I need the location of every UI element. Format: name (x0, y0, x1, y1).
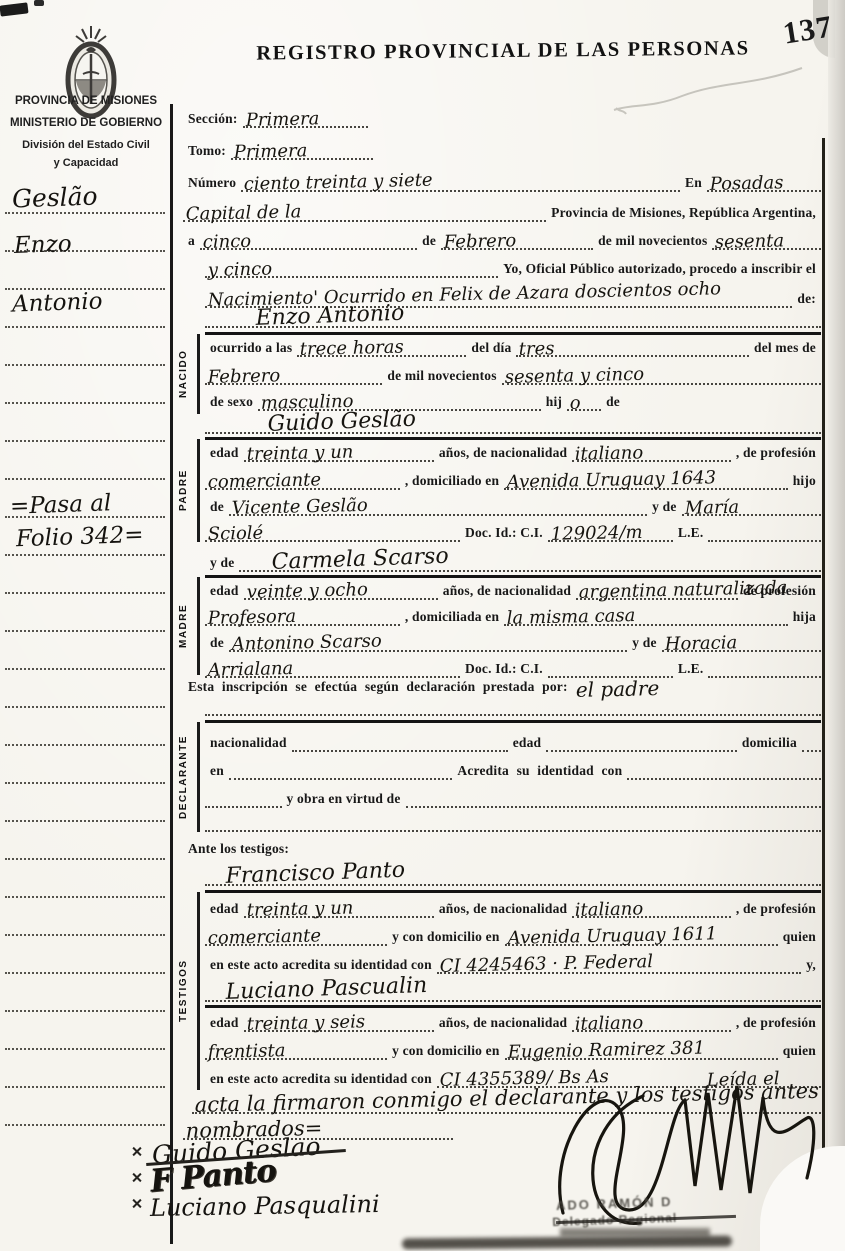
testigo2-nombre-row: Luciano Pascualin (205, 972, 821, 1002)
padre-abuelo: Vicente Geslão (229, 498, 371, 517)
mes-value: Febrero (205, 368, 284, 386)
domicilio-label: y con domicilio en (387, 1043, 504, 1060)
de-label: de (417, 233, 441, 250)
declarante-row-2: en Acredita su identidad con (205, 754, 821, 780)
padre-abuela-cont: Sciolé (205, 525, 267, 543)
dia-value: cinco (200, 234, 255, 251)
testigo1-edad: treinta y un (243, 900, 356, 919)
field-capital: Capital de la Provincia de Misiones, Rep… (183, 196, 821, 222)
en-label: En (680, 175, 707, 192)
domicilio-label: , domiciliada en (400, 609, 504, 626)
numero-value: ciento treinta y siete (241, 172, 436, 193)
padre-domicilio-row: comerciante , domiciliado en Avenida Uru… (205, 464, 821, 490)
section-label-madre: MADRE (172, 577, 195, 675)
madre-edad: veinte y ocho (243, 582, 370, 601)
letterhead-line: y Capacidad (0, 157, 172, 169)
testigo2-nombre: Luciano Pascualin (222, 976, 430, 1003)
page-number: 137 (780, 8, 835, 51)
ante-testigos-row: Ante los testigos: (183, 832, 403, 858)
obra-label: y obra en virtud de (282, 791, 406, 808)
tomo-value: Primera (231, 143, 311, 161)
letterhead-line: PROVINCIA DE MISIONES (0, 95, 172, 107)
seccion-label: Sección: (183, 111, 243, 128)
padre-ci: 129024/m (547, 525, 645, 543)
hora-value: trece horas (297, 339, 407, 358)
edad-label: edad (205, 901, 244, 918)
novecientos-label: de mil novecientos (382, 368, 501, 385)
signature-witness2: Luciano Pasqualini (150, 1190, 380, 1222)
edad-label: edad (508, 735, 547, 752)
testigo1-nacionalidad: italiano (572, 901, 647, 919)
a-label: a (183, 233, 200, 250)
nacido-mes-row: Febrero de mil novecientos sesenta y cin… (205, 359, 821, 385)
padre-edad-row: edad treinta y un años, de nacionalidad … (205, 436, 821, 462)
nacionalidad-label: años, de nacionalidad (438, 583, 576, 600)
document-page: REGISTRO PROVINCIAL DE LAS PERSONAS 137 … (0, 0, 845, 1251)
declaracion-row: Esta inscripción se efectúa según declar… (183, 670, 821, 696)
profesion-label: , de profesión (731, 1015, 821, 1032)
field-seccion: Sección: Primera (183, 102, 368, 128)
domicilio-label: , domiciliado en (400, 473, 504, 490)
nacionalidad-label: nacionalidad (205, 735, 292, 752)
dia-value: tres (516, 341, 558, 358)
padre-abuelos-row: de Vicente Geslão y de María (205, 490, 821, 516)
padre-edad: treinta y un (243, 444, 356, 463)
margin-folio-note-2: Folio 342= (16, 522, 144, 552)
pencil-scribble (612, 64, 807, 116)
pen-mark (131, 1172, 142, 1183)
madre-abuela: Horacia (661, 635, 740, 653)
novecientos-label: de mil novecientos (593, 233, 712, 250)
provincia-label: Provincia de Misiones, República Argenti… (546, 205, 821, 222)
padre-nacionalidad: italiano (572, 445, 647, 463)
doc-id-label: Doc. Id.: C.I. (460, 525, 548, 542)
dia-label: del día (466, 340, 516, 357)
testigo1-doc-row: en este acto acredita su identidad con C… (205, 948, 821, 974)
padre-doc-row: Sciolé Doc. Id.: C.I. 129024/m L.E. (205, 516, 821, 542)
padre-nombre-row: Guido Geslão (205, 404, 821, 434)
testigo2-edad-row: edad treinta y seis años, de nacionalida… (205, 1006, 821, 1032)
de-label: de (205, 499, 229, 516)
madre-domicilio: la misma casa (504, 608, 639, 627)
lugar-value: Posadas (707, 175, 787, 193)
hija-label: hija (788, 609, 821, 626)
section-rule (205, 714, 821, 716)
y-de-label: y de (205, 555, 239, 572)
section-label-declarante: DECLARANTE (172, 722, 195, 832)
hijo-label: hijo (788, 473, 821, 490)
madre-nombre-row: y de Carmela Scarso (205, 542, 821, 572)
testigo1-domicilio-row: comerciante y con domicilio en Avenida U… (205, 920, 821, 946)
section-label-nacido: NACIDO (172, 334, 195, 414)
margin-given-name-1: Enzo (14, 231, 72, 259)
scan-artifact (0, 2, 29, 16)
padre-nombre: Guido Geslão (264, 410, 419, 435)
y-de-label: y de (627, 635, 661, 652)
edad-label: edad (205, 1015, 244, 1032)
declarante-row-1: nacionalidad edad domicilia (205, 726, 821, 752)
ink-smear (402, 1236, 732, 1250)
nacionalidad-label: años, de nacionalidad (434, 1015, 572, 1032)
page-edge-shading (828, 0, 845, 1251)
ocurrido-label: ocurrido a las (205, 340, 297, 357)
domicilio-label: y con domicilio en (387, 929, 504, 946)
madre-abuelo: Antonino Scarso (229, 633, 385, 653)
capital-value: Capital de la (183, 204, 305, 223)
mes-value: Febrero (441, 233, 520, 251)
nacionalidad-label: años, de nacionalidad (434, 445, 572, 462)
testigo1-edad-row: edad treinta y un años, de nacionalidad … (205, 892, 821, 918)
nacionalidad-label: años, de nacionalidad (434, 901, 572, 918)
anio-value: sesenta (712, 233, 788, 251)
section-bar (197, 892, 200, 1090)
nacido-hora-row: ocurrido a las trece horas del día tres … (205, 331, 821, 357)
madre-nombre: Carmela Scarso (269, 547, 453, 573)
page-title: REGISTRO PROVINCIAL DE LAS PERSONAS (238, 37, 768, 66)
section-bar (197, 722, 200, 832)
margin-folio-note-1: =Pasa al (10, 490, 112, 520)
profesion-label: , de profesión (731, 445, 821, 462)
testigo1-nombre: Francisco Panto (222, 861, 408, 887)
field-numero: Número ciento treinta y siete En Posadas (183, 166, 821, 192)
letterhead-line: MINISTERIO DE GOBIERNO (0, 117, 172, 129)
margin-given-name-2: Antonio (12, 288, 103, 317)
de-label: de (205, 635, 229, 652)
testigo1-domicilio: Avenida Uruguay 1611 (504, 926, 720, 947)
page-edge-line (822, 138, 825, 1251)
domicilia-label: domicilia (737, 735, 802, 752)
field-tomo: Tomo: Primera (183, 134, 373, 160)
seccion-value: Primera (242, 111, 322, 129)
madre-profesion: Profesora (205, 609, 300, 627)
tomo-label: Tomo: (183, 143, 231, 160)
pen-mark (131, 1198, 142, 1209)
section-bar (197, 577, 200, 675)
mes-de-label: del mes de (749, 340, 821, 357)
padre-profesion: comerciante (205, 472, 325, 491)
declarante-row-3: y obra en virtud de (205, 782, 821, 808)
stamp-name: ADO RAMÓN D (551, 1194, 676, 1213)
section-label-testigos: TESTIGOS (172, 892, 195, 1090)
y-de-label: y de (647, 499, 681, 516)
edad-label: edad (205, 445, 244, 462)
testigo2-domicilio-row: frentista y con domicilio en Eugenio Ram… (205, 1034, 821, 1060)
margin-surname: Geslão (12, 182, 99, 214)
en-label: en (205, 763, 229, 780)
scan-artifact (34, 0, 44, 6)
declaracion-por: el padre (572, 679, 662, 699)
madre-domicilio-row: Profesora , domiciliada en la misma casa… (205, 600, 821, 626)
section-rule (205, 720, 821, 723)
testigo1-profesion: comerciante (205, 928, 325, 947)
nacido-nombre: Enzo Antonio (252, 304, 407, 329)
field-anio-cont: y cinco Yo, Oficial Público autorizado, … (205, 252, 821, 278)
testigo2-profesion: frentista (205, 1043, 289, 1061)
anio-cont-value: y cinco (205, 261, 276, 279)
official-stamp: ADO RAMÓN D Delegado Regional (551, 1194, 677, 1229)
declaracion-label: Esta inscripción se efectúa según declar… (183, 679, 573, 696)
nacido-nombre-row: Enzo Antonio (205, 298, 821, 328)
pen-mark (131, 1146, 142, 1157)
quien-label: quien (778, 929, 821, 946)
section-label-padre: PADRE (172, 439, 195, 542)
madre-abuelos-row: de Antonino Scarso y de Horacia (205, 626, 821, 652)
acredita-label: Acredita su identidad con (452, 763, 627, 780)
anio-value: sesenta y cinco (501, 367, 647, 386)
testigo2-edad: treinta y seis (243, 1014, 368, 1033)
numero-label: Número (183, 175, 241, 192)
madre-nacionalidad: argentina naturalizada (576, 580, 791, 601)
padre-abuela: María (681, 499, 742, 517)
coat-of-arms (56, 24, 126, 124)
le-label: L.E. (673, 525, 709, 542)
section-bar (197, 439, 200, 542)
testigo1-nombre-row: Francisco Panto (205, 856, 821, 886)
testigo2-nacionalidad: italiano (572, 1015, 647, 1033)
madre-edad-row: edad veinte y ocho años, de nacionalidad… (205, 574, 821, 600)
padre-domicilio: Avenida Uruguay 1643 (504, 470, 720, 491)
edad-label: edad (205, 583, 244, 600)
letterhead-line: División del Estado Civil (0, 139, 172, 151)
section-bar (197, 334, 200, 414)
field-fecha: a cinco de Febrero de mil novecientos se… (183, 224, 821, 250)
oficial-label: Yo, Oficial Público autorizado, procedo … (498, 261, 821, 278)
profesion-label: , de profesión (731, 901, 821, 918)
